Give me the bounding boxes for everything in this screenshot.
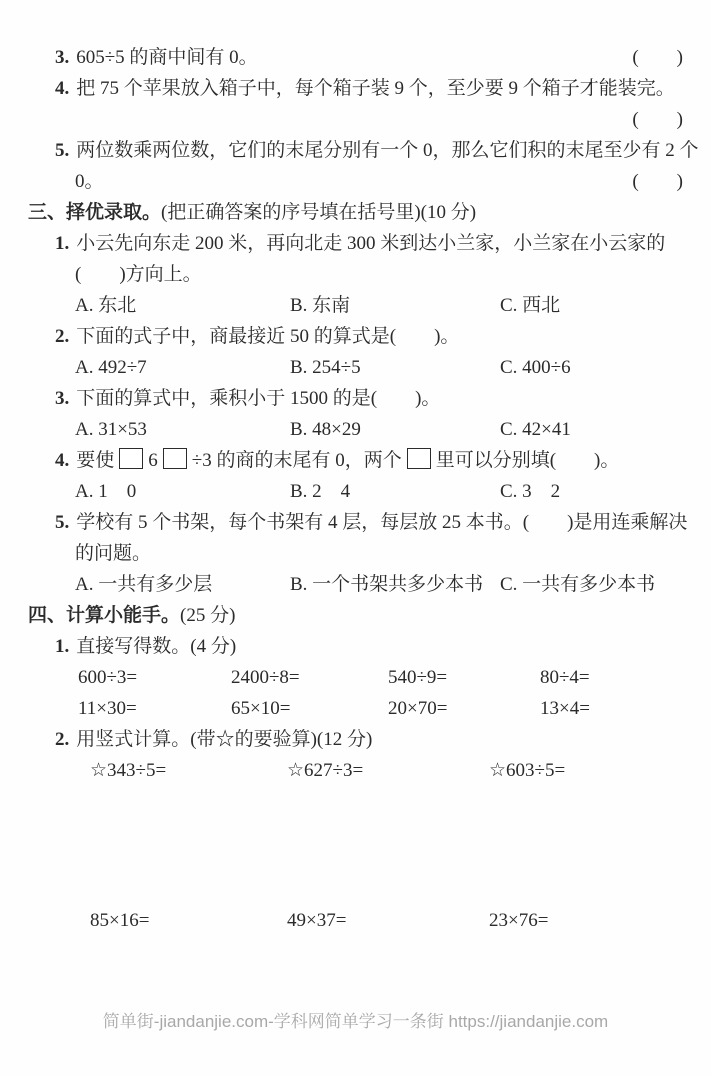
subsection-title: 直接写得数。 (76, 636, 190, 657)
question-text: 学校有 5 个书架，每个书架有 4 层，每层放 25 本书。( )是用连乘解决 (76, 512, 687, 533)
question-text: 的问题。 (75, 543, 151, 564)
question-text: 要使 (76, 450, 114, 471)
option-b: B. 48×29 (290, 414, 500, 445)
question-text: ÷3 的商的末尾有 0，两个 (192, 450, 402, 471)
subsection-number: 1. (55, 636, 69, 657)
option-a: A. 东北 (75, 290, 290, 321)
subsection-header: 2.用竖式计算。(带☆的要验算)(12 分) (28, 724, 683, 755)
question-stem: 4.要使6÷3 的商的末尾有 0，两个里可以分别填( )。 (28, 445, 683, 476)
judge-item-bracket-line: ( ) (28, 104, 683, 135)
subsection-header: 1.直接写得数。(4 分) (28, 631, 683, 662)
question-number: 1. (55, 233, 69, 254)
expression: 23×76= (489, 905, 548, 936)
watermark-footer: 简单街-jiandanjie.com-学科网简单学习一条街 https://ji… (28, 1010, 683, 1034)
blank-box (163, 448, 187, 469)
answer-bracket: ( ) (632, 166, 683, 197)
expression: 80÷4= (540, 662, 590, 693)
subsection-title: 用竖式计算。 (76, 729, 190, 750)
starred-expression: ☆343÷5= (90, 755, 287, 786)
option-c: C. 西北 (500, 290, 683, 321)
question-text: ( )方向上。 (75, 264, 202, 285)
question-text: 下面的式子中，商最接近 50 的算式是( )。 (76, 326, 459, 347)
expression: 85×16= (90, 905, 287, 936)
question-stem: 3.下面的算式中，乘积小于 1500 的是( )。 (28, 383, 683, 414)
question-number: 5. (55, 140, 69, 161)
subsection-points: (12 分) (317, 729, 372, 750)
section-title: 三、择优录取。 (28, 202, 161, 223)
question-number: 2. (55, 326, 69, 347)
question-stem: 2.下面的式子中，商最接近 50 的算式是( )。 (28, 321, 683, 352)
expression: 49×37= (287, 905, 489, 936)
question-number: 4. (55, 78, 69, 99)
answer-bracket: ( ) (632, 109, 683, 130)
option-c: C. 42×41 (500, 414, 683, 445)
question-stem-continuation: ( )方向上。 (28, 259, 683, 290)
section-points: (10 分) (421, 202, 476, 223)
exam-content: 3.605÷5 的商中间有 0。 ( ) 4.把 75 个苹果放入箱子中，每个箱… (0, 0, 711, 1034)
question-number: 5. (55, 512, 69, 533)
options-row: A. 31×53 B. 48×29 C. 42×41 (28, 414, 683, 445)
question-number: 4. (55, 450, 69, 471)
option-a: A. 1 0 (75, 476, 290, 507)
choice-section: 三、择优录取。(把正确答案的序号填在括号里)(10 分) 1.小云先向东走 20… (28, 197, 683, 600)
column-calc-row: 85×16= 49×37= 23×76= (28, 905, 683, 936)
option-b: B. 254÷5 (290, 352, 500, 383)
expression: 13×4= (540, 693, 590, 724)
starred-expression: ☆627÷3= (287, 755, 489, 786)
judge-item: 3.605÷5 的商中间有 0。 ( ) (28, 42, 683, 73)
judge-section: 3.605÷5 的商中间有 0。 ( ) 4.把 75 个苹果放入箱子中，每个箱… (28, 42, 683, 197)
option-c: C. 3 2 (500, 476, 683, 507)
expression: 600÷3= (78, 662, 231, 693)
judge-item-text: 3.605÷5 的商中间有 0。 (55, 42, 258, 73)
options-row: A. 1 0 B. 2 4 C. 3 2 (28, 476, 683, 507)
section-header: 四、计算小能手。(25 分) (28, 600, 683, 631)
expression: 65×10= (231, 693, 388, 724)
option-c: C. 一共有多少本书 (500, 569, 683, 600)
question-text: 6 (148, 450, 158, 471)
calc-section: 四、计算小能手。(25 分) 1.直接写得数。(4 分) 600÷3= 2400… (28, 600, 683, 936)
mental-math-row: 11×30= 65×10= 20×70= 13×4= (28, 693, 683, 724)
blank-box (119, 448, 143, 469)
question-text: 605÷5 的商中间有 0。 (76, 47, 257, 68)
options-row: A. 一共有多少层 B. 一个书架共多少本书 C. 一共有多少本书 (28, 569, 683, 600)
mental-math-row: 600÷3= 2400÷8= 540÷9= 80÷4= (28, 662, 683, 693)
options-row: A. 492÷7 B. 254÷5 C. 400÷6 (28, 352, 683, 383)
section-points: (25 分) (180, 605, 235, 626)
blank-box (407, 448, 431, 469)
question-text: 把 75 个苹果放入箱子中，每个箱子装 9 个，至少要 9 个箱子才能装完。 (76, 78, 675, 99)
subsection-number: 2. (55, 729, 69, 750)
judge-item-continuation: 0。 ( ) (28, 166, 683, 197)
section-title: 四、计算小能手。 (28, 605, 180, 626)
question-number: 3. (55, 47, 69, 68)
judge-item: 5.两位数乘两位数，它们的末尾分别有一个 0，那么它们积的末尾至少有 2 个 (28, 135, 683, 166)
question-text: 两位数乘两位数，它们的末尾分别有一个 0，那么它们积的末尾至少有 2 个 (76, 140, 698, 161)
question-stem: 5.学校有 5 个书架，每个书架有 4 层，每层放 25 本书。( )是用连乘解… (28, 507, 683, 538)
option-a: A. 一共有多少层 (75, 569, 290, 600)
expression: 540÷9= (388, 662, 540, 693)
option-b: B. 2 4 (290, 476, 500, 507)
question-stem-continuation: 的问题。 (28, 538, 683, 569)
option-b: B. 一个书架共多少本书 (290, 569, 500, 600)
subsection-note: (带☆的要验算) (190, 729, 317, 750)
expression: 2400÷8= (231, 662, 388, 693)
section-header: 三、择优录取。(把正确答案的序号填在括号里)(10 分) (28, 197, 683, 228)
section-subtitle: (把正确答案的序号填在括号里) (161, 202, 421, 223)
option-a: A. 492÷7 (75, 352, 290, 383)
question-text: 里可以分别填( )。 (436, 450, 620, 471)
subsection-points: (4 分) (190, 636, 236, 657)
expression: 11×30= (78, 693, 231, 724)
answer-bracket: ( ) (632, 42, 683, 73)
option-c: C. 400÷6 (500, 352, 683, 383)
question-text: 小云先向东走 200 米，再向北走 300 米到达小兰家，小兰家在小云家的 (76, 233, 665, 254)
judge-item: 4.把 75 个苹果放入箱子中，每个箱子装 9 个，至少要 9 个箱子才能装完。 (28, 73, 683, 104)
expression: 20×70= (388, 693, 540, 724)
starred-expression: ☆603÷5= (489, 755, 565, 786)
option-b: B. 东南 (290, 290, 500, 321)
question-text: 下面的算式中，乘积小于 1500 的是( )。 (76, 388, 440, 409)
column-calc-row: ☆343÷5= ☆627÷3= ☆603÷5= (28, 755, 683, 786)
option-a: A. 31×53 (75, 414, 290, 445)
question-number: 3. (55, 388, 69, 409)
exam-page: 3.605÷5 的商中间有 0。 ( ) 4.把 75 个苹果放入箱子中，每个箱… (0, 0, 711, 1076)
question-text: 0。 (75, 166, 104, 197)
question-stem: 1.小云先向东走 200 米，再向北走 300 米到达小兰家，小兰家在小云家的 (28, 228, 683, 259)
options-row: A. 东北 B. 东南 C. 西北 (28, 290, 683, 321)
